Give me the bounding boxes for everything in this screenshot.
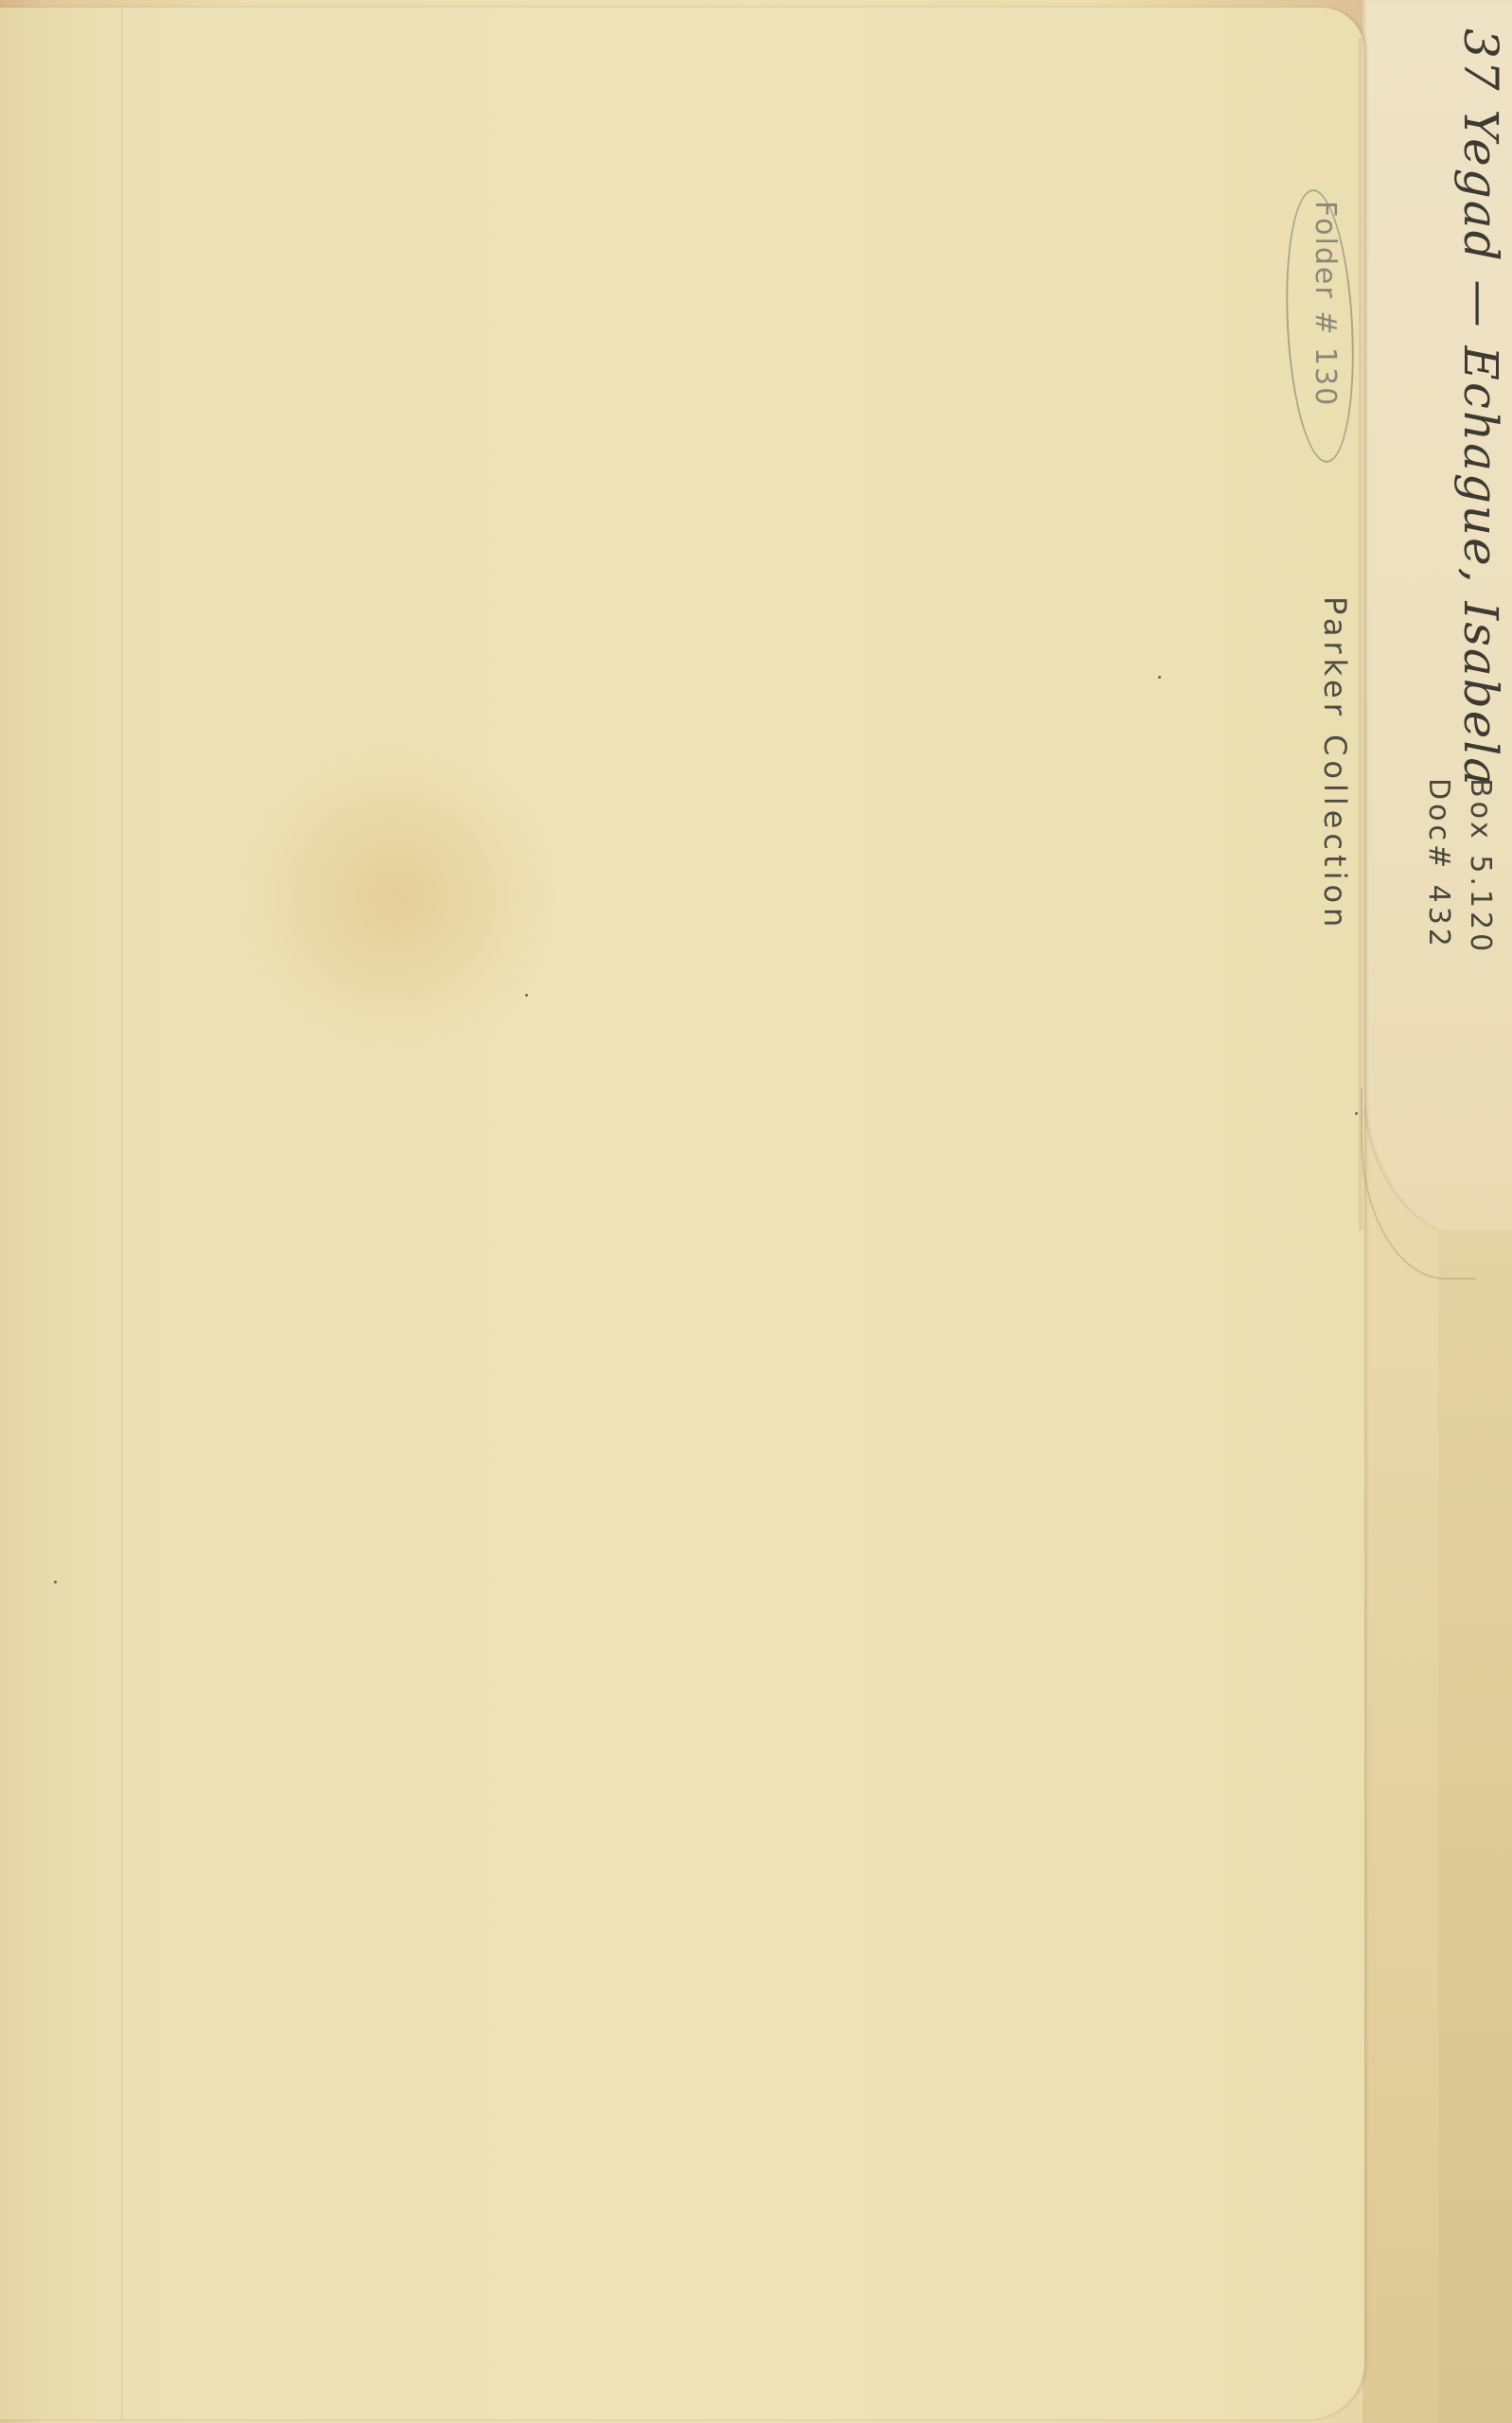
folder-title-annotation: 37 Yegad — Echague, Isabela bbox=[1453, 28, 1508, 787]
paper-speck bbox=[54, 1581, 57, 1583]
panel-edge-shadow bbox=[1359, 38, 1366, 1230]
paper-speck bbox=[525, 994, 528, 997]
folder-back-edge bbox=[1438, 1230, 1512, 2423]
panel-fold-line bbox=[121, 8, 123, 2419]
folder-number-annotation: Folder # 130 bbox=[1309, 201, 1342, 407]
paper-speck bbox=[1158, 676, 1161, 679]
box-doc-annotation: Box 5.120 Doc# 432 bbox=[1417, 778, 1501, 955]
folder-front-panel bbox=[0, 8, 1364, 2419]
paper-speck bbox=[1355, 1112, 1358, 1115]
collection-annotation: Parker Collection bbox=[1317, 596, 1353, 931]
doc-number: Doc# 432 bbox=[1417, 778, 1459, 955]
box-number: Box 5.120 bbox=[1459, 778, 1501, 955]
